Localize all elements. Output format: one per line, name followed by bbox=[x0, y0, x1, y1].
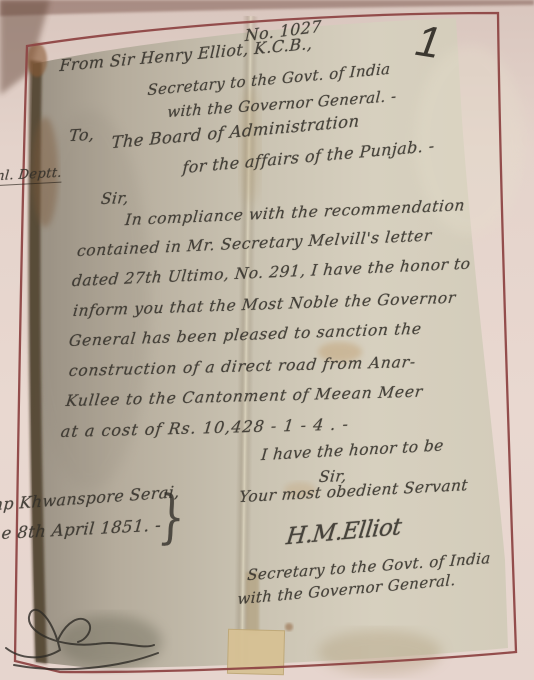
salutation: Sir, bbox=[100, 189, 130, 208]
to-label: To, bbox=[68, 125, 95, 145]
body-line: General has been pleased to sanction the bbox=[68, 320, 423, 350]
body-line: dated 27th Ultimo, No. 291, I have the h… bbox=[71, 255, 471, 290]
letter-text-layer: 1 No. 1027 From Sir Henry Elliot, K.C.B.… bbox=[0, 0, 534, 680]
body-line: at a cost of Rs. 10,428 - 1 - 4 . - bbox=[60, 414, 350, 441]
dateline-place: Camp Khwanspore Serai, bbox=[0, 482, 180, 516]
dateline-date: The 8th April 1851. - bbox=[0, 515, 162, 544]
closing-line1: I have the honor to be bbox=[260, 436, 444, 464]
body-line: inform you that the Most Noble the Gover… bbox=[72, 289, 457, 320]
body-line: In compliance with the recommendation bbox=[124, 196, 466, 229]
closing-line3: Your most obedient Servant bbox=[238, 476, 468, 506]
book-page: 1 No. 1027 From Sir Henry Elliot, K.C.B.… bbox=[0, 0, 534, 680]
body-line: contained in Mr. Secretary Melvill's let… bbox=[76, 227, 432, 261]
signature: H.M.Elliot bbox=[285, 514, 403, 550]
page-number-mark: 1 bbox=[412, 16, 444, 69]
body-line: construction of a direct road from Anar- bbox=[68, 353, 417, 380]
dateline-brace: } bbox=[156, 482, 186, 551]
margin-note: Genl. Deptt. bbox=[0, 166, 63, 188]
body-line: Kullee to the Cantonment of Meean Meer bbox=[65, 383, 424, 410]
